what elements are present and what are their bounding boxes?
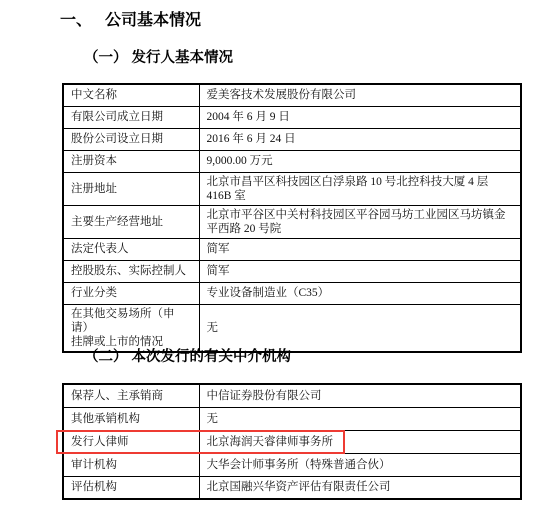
issuer-basics-table: 中文名称 爱美客技术发展股份有限公司 有限公司成立日期 2004 年 6 月 9… bbox=[62, 83, 522, 353]
row-label-cell: 控股股东、实际控制人 bbox=[63, 260, 199, 282]
section-number: （一） bbox=[84, 50, 128, 66]
row-label-cell: 评估机构 bbox=[63, 476, 199, 499]
row-value-cell: 2004 年 6 月 9 日 bbox=[199, 106, 521, 128]
row-value-cell: 无 bbox=[199, 407, 521, 430]
title-number: 一、 bbox=[60, 12, 92, 29]
row-value-cell: 大华会计师事务所（特殊普通合伙） bbox=[199, 453, 521, 476]
table-row: 其他承销机构 无 bbox=[63, 407, 521, 430]
row-label-cell: 股份公司设立日期 bbox=[63, 128, 199, 150]
row-label-cell: 中文名称 bbox=[63, 84, 199, 106]
title-text: 公司基本情况 bbox=[105, 12, 201, 29]
table-row: 法定代表人 简军 bbox=[63, 238, 521, 260]
table-row: 股份公司设立日期 2016 年 6 月 24 日 bbox=[63, 128, 521, 150]
table-row: 注册资本 9,000.00 万元 bbox=[63, 150, 521, 172]
row-label-cell: 注册地址 bbox=[63, 172, 199, 205]
section-title-text: 发行人基本情况 bbox=[132, 50, 234, 66]
row-value-cell: 简军 bbox=[199, 238, 521, 260]
row-value-cell: 北京市平谷区中关村科技园区平谷园马坊工业园区马坊镇金平西路 20 号院 bbox=[199, 205, 521, 238]
section-heading-issuer-basics: （一）发行人基本情况 bbox=[84, 49, 233, 67]
section-number: （二） bbox=[84, 349, 128, 365]
table-row: 在其他交易场所（申请） 挂牌或上市的情况 无 bbox=[63, 304, 521, 352]
row-value-cell: 9,000.00 万元 bbox=[199, 150, 521, 172]
row-label-cell: 有限公司成立日期 bbox=[63, 106, 199, 128]
intermediaries-table: 保荐人、主承销商 中信证券股份有限公司 其他承销机构 无 发行人律师 北京海润天… bbox=[62, 383, 522, 500]
table-row: 主要生产经营地址 北京市平谷区中关村科技园区平谷园马坊工业园区马坊镇金平西路 2… bbox=[63, 205, 521, 238]
table-row: 评估机构 北京国融兴华资产评估有限责任公司 bbox=[63, 476, 521, 499]
row-value-cell: 北京市昌平区科技园区白浮泉路 10 号北控科技大厦 4 层 416B 室 bbox=[199, 172, 521, 205]
row-value-cell: 简军 bbox=[199, 260, 521, 282]
table-row: 注册地址 北京市昌平区科技园区白浮泉路 10 号北控科技大厦 4 层 416B … bbox=[63, 172, 521, 205]
row-value-cell: 2016 年 6 月 24 日 bbox=[199, 128, 521, 150]
row-label-cell: 注册资本 bbox=[63, 150, 199, 172]
row-label-cell: 保荐人、主承销商 bbox=[63, 384, 199, 407]
row-label-cell: 行业分类 bbox=[63, 282, 199, 304]
document-page: 一、公司基本情况 （一）发行人基本情况 中文名称 爱美客技术发展股份有限公司 有… bbox=[0, 0, 550, 509]
section-title-text: 本次发行的有关中介机构 bbox=[132, 349, 292, 365]
row-value-cell: 北京海润天睿律师事务所 bbox=[199, 430, 521, 453]
table-row: 保荐人、主承销商 中信证券股份有限公司 bbox=[63, 384, 521, 407]
row-value-cell: 爱美客技术发展股份有限公司 bbox=[199, 84, 521, 106]
row-label-cell: 发行人律师 bbox=[63, 430, 199, 453]
table-row-issuer-lawyer: 发行人律师 北京海润天睿律师事务所 bbox=[63, 430, 521, 453]
page-title: 一、公司基本情况 bbox=[60, 11, 201, 31]
table-row: 行业分类 专业设备制造业（C35） bbox=[63, 282, 521, 304]
row-value-cell: 中信证券股份有限公司 bbox=[199, 384, 521, 407]
row-label-cell: 审计机构 bbox=[63, 453, 199, 476]
row-label-cell: 法定代表人 bbox=[63, 238, 199, 260]
row-value-cell: 无 bbox=[199, 304, 521, 352]
row-value-cell: 专业设备制造业（C35） bbox=[199, 282, 521, 304]
row-label-cell: 在其他交易场所（申请） 挂牌或上市的情况 bbox=[63, 304, 199, 352]
table-row: 有限公司成立日期 2004 年 6 月 9 日 bbox=[63, 106, 521, 128]
table-row: 审计机构 大华会计师事务所（特殊普通合伙） bbox=[63, 453, 521, 476]
section-heading-intermediaries: （二）本次发行的有关中介机构 bbox=[84, 348, 291, 366]
table-row: 中文名称 爱美客技术发展股份有限公司 bbox=[63, 84, 521, 106]
row-value-cell: 北京国融兴华资产评估有限责任公司 bbox=[199, 476, 521, 499]
row-label-cell: 其他承销机构 bbox=[63, 407, 199, 430]
row-label-cell: 主要生产经营地址 bbox=[63, 205, 199, 238]
table-row: 控股股东、实际控制人 简军 bbox=[63, 260, 521, 282]
